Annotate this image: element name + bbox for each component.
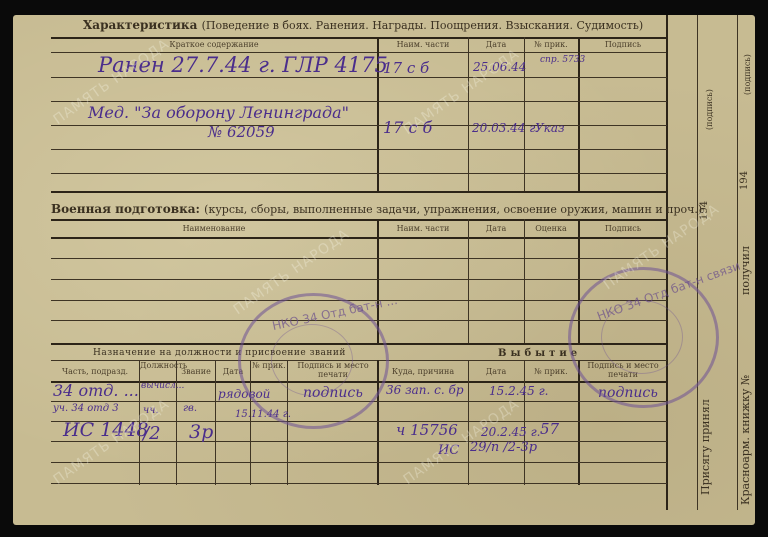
handwritten-unit: 17 с б [383,59,429,77]
column-divider [524,219,525,344]
handwritten-order: спр. 5733 [540,55,570,65]
characteristics-title-text: Характеристика [83,18,197,32]
handwritten-assign-rank-2: гв. [183,403,197,414]
training-title-text: Военная подготовка: [51,202,200,216]
ruled-line [51,149,667,150]
column-divider [666,15,668,510]
redarmy-book-label: Красноарм. книжку № [739,375,752,505]
col-header-name: Наименование [51,224,377,233]
training-subtitle: (курсы, сборы, выполненные задачи, упраж… [204,203,702,216]
handwritten-date-2: 20.03.44 г. [472,121,539,135]
handwritten-order-2: Указ [535,121,565,135]
col-header-unit: Наим. части [379,40,467,49]
official-stamp-center: НКО 34 Отд бат-н ... [238,293,389,429]
oath-signature-label: (подпись) [705,89,714,130]
col-header-departure-date: Дата [469,367,523,376]
col-header-rank: Звание [177,367,215,376]
col-header-summary: Краткое содержание [51,40,377,49]
ruled-line [51,279,667,280]
handwritten-assign-unit-2: уч. 34 отд 3 [53,403,119,414]
handwritten-assign-unit-1: 34 отд. ... [53,381,139,400]
handwritten-departure-date-1: 15.2.45 г. [489,384,549,398]
col-header-grade: Оценка [525,224,577,233]
col-header-unit: Наим. части [379,224,467,233]
divider [51,191,667,193]
received-year: 194 [739,171,750,190]
column-divider [176,360,177,485]
stamp-text: НКО 34 Отд бат-н ... [271,293,399,333]
column-divider [215,360,216,485]
ruled-line [51,125,667,126]
ruled-line [51,258,667,259]
oath-label: Присягу принял [699,399,712,495]
ruled-line [51,77,667,78]
handwritten-medal: Мед. "За оборону Ленинграда" [88,103,349,122]
col-header-position: Должность [140,361,176,370]
handwritten-departure-destination-3: ч 15756 [396,421,458,439]
col-header-unit-subdivision: Часть, подразд. [51,367,139,376]
divider [51,237,667,239]
official-stamp-right: НКО 34 Отд бат-н связи [568,267,719,408]
ruled-line [51,173,667,174]
handwritten-departure-destination-1: 36 зап. с. бр [386,383,464,397]
column-divider [468,360,469,485]
ruled-line [51,483,667,484]
column-divider [468,219,469,344]
column-divider [578,360,580,485]
col-header-date: Дата [469,224,523,233]
handwritten-departure-date-4: 29/п /2-3р [470,440,537,455]
divider [51,37,667,39]
characteristics-title: Характеристика (Поведение в боях. Ранени… [83,18,643,32]
col-header-signature: Подпись [579,40,667,49]
characteristics-subtitle: (Поведение в боях. Ранения. Награды. Поо… [202,19,644,32]
ruled-line [51,101,667,102]
stamp-inner-ring [271,324,353,396]
divider [51,219,667,221]
handwritten-medal-number: № 62059 [208,123,275,141]
col-header-destination: Куда, причина [379,367,467,376]
handwritten-departure-order-3: 57 [540,420,559,438]
archival-document-card: Характеристика (Поведение в боях. Ранени… [13,15,755,525]
column-divider [524,360,525,485]
handwritten-assign-position-1: вычисл... [141,381,184,391]
col-header-signature: Подпись [579,224,667,233]
col-header-departure-order: № прик. [525,367,577,376]
received-signature-label: (подпись) [743,54,752,95]
handwritten-assign-rank-3: 3р [189,421,213,443]
training-title: Военная подготовка: (курсы, сборы, выпол… [51,202,702,216]
column-divider [468,37,469,192]
side-strip-line [697,15,698,510]
ruled-line [51,462,667,463]
col-header-order: № прик. [525,40,577,49]
